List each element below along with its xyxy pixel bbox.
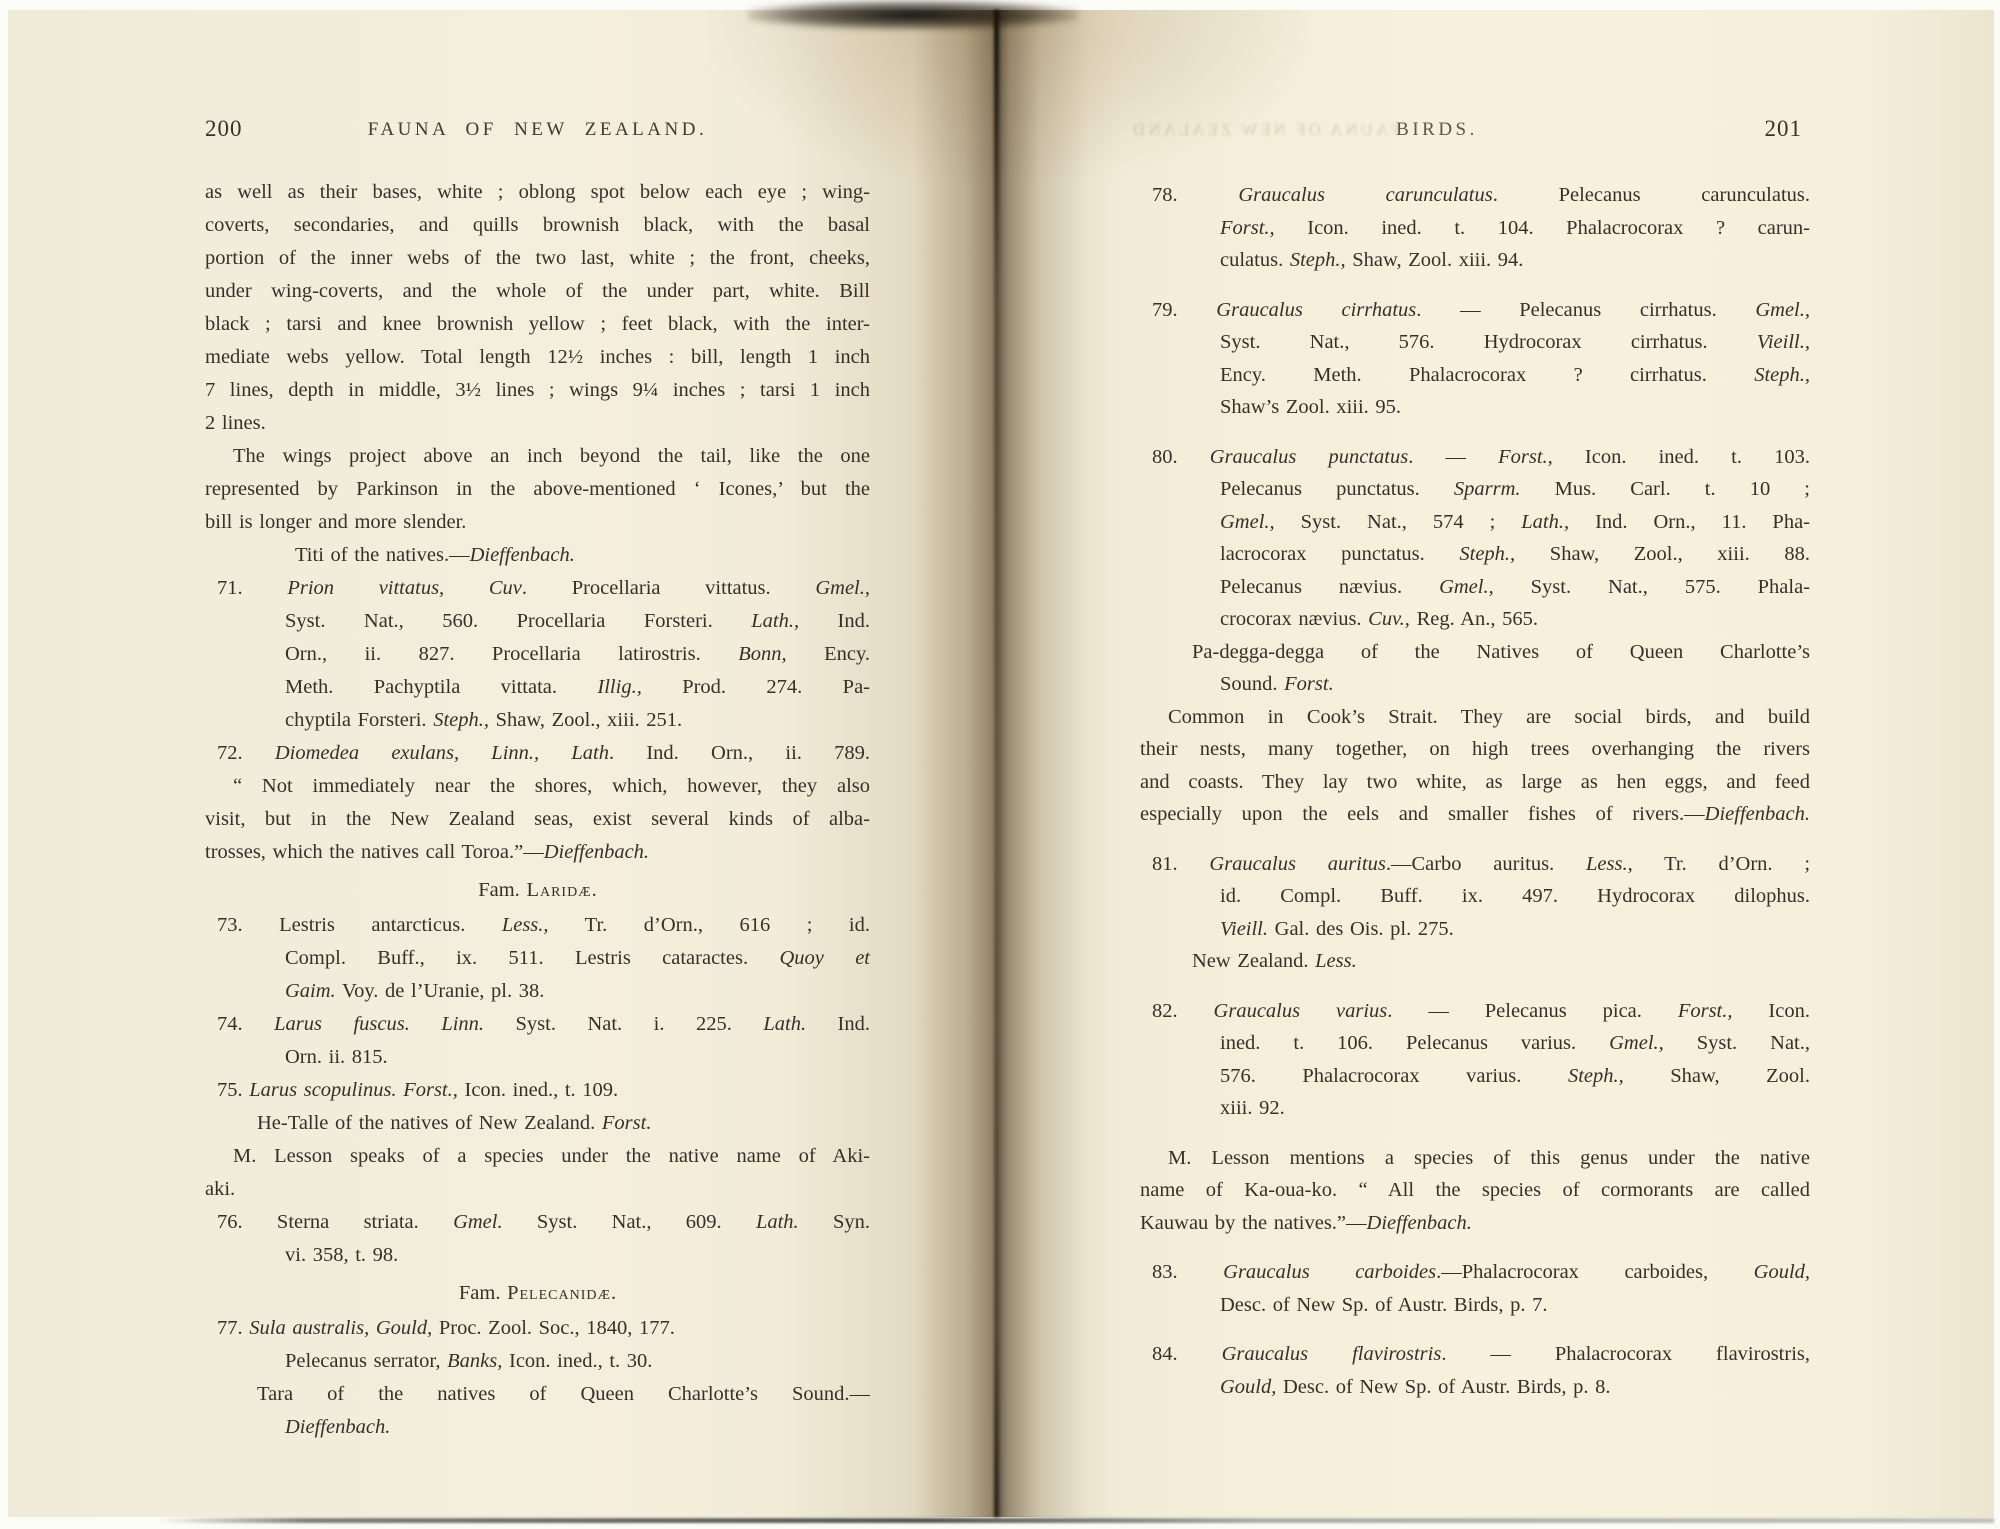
text-line: xiii. 92.	[1140, 1092, 1810, 1125]
text-line: Dieffenbach.	[205, 1411, 870, 1444]
right-page: FAUNA OF NEW ZEALAND BIRDS. 201 78. Grau…	[990, 10, 1994, 1517]
text-line: Orn. ii. 815.	[205, 1041, 870, 1074]
left-page: 200 FAUNA OF NEW ZEALAND. as well as the…	[8, 10, 990, 1517]
text-line: represented by Parkinson in the above-me…	[205, 473, 870, 506]
text-line: 576. Phalacrocorax varius. Steph., Shaw,…	[1140, 1060, 1810, 1093]
species-entry-78: 78. Graucalus carunculatus. Pelecanus ca…	[1140, 179, 1810, 277]
text-line: under wing-coverts, and the whole of the…	[205, 275, 870, 308]
text-line: Gaim. Voy. de l’Uranie, pl. 38.	[205, 975, 870, 1008]
text-line: Tara of the natives of Queen Charlotte’s…	[205, 1378, 870, 1411]
text-line: Fam. Laridæ.	[205, 874, 870, 907]
description-continuation-paragraph: as well as their bases, white ; oblong s…	[205, 176, 870, 440]
page-bottom-shadow	[158, 1518, 1994, 1523]
right-page-header: FAUNA OF NEW ZEALAND BIRDS. 201	[1140, 116, 1810, 156]
species-entry-84: 84. Graucalus flavirostris. — Phalacroco…	[1140, 1338, 1810, 1403]
text-line: 79. Graucalus cirrhatus. — Pelecanus cir…	[1140, 294, 1810, 327]
text-line: Orn., ii. 827. Procellaria latirostris. …	[205, 638, 870, 671]
text-line: chyptila Forsteri. Steph., Shaw, Zool., …	[205, 704, 870, 737]
text-line: 82. Graucalus varius. — Pelecanus pica. …	[1140, 995, 1810, 1028]
text-line: 72. Diomedea exulans, Linn., Lath. Ind. …	[205, 737, 870, 770]
text-line: Syst. Nat., 560. Procellaria Forsteri. L…	[205, 605, 870, 638]
text-line: 2 lines.	[205, 407, 870, 440]
text-line: Pa-degga-degga of the Natives of Queen C…	[1140, 636, 1810, 669]
text-line: their nests, many together, on high tree…	[1140, 733, 1810, 766]
wings-note-paragraph: The wings project above an inch beyond t…	[205, 440, 870, 539]
albatross-quote-paragraph: “ Not immediately near the shores, which…	[205, 770, 870, 869]
text-line: id. Compl. Buff. ix. 497. Hydrocorax dil…	[1140, 880, 1810, 913]
species-entry-76: 76. Sterna striata. Gmel. Syst. Nat., 60…	[205, 1206, 870, 1272]
text-line: mediate webs yellow. Total length 12½ in…	[205, 341, 870, 374]
text-line: 7 lines, depth in middle, 3½ lines ; win…	[205, 374, 870, 407]
text-line: Gould, Desc. of New Sp. of Austr. Birds,…	[1140, 1371, 1810, 1404]
text-line: Ency. Meth. Phalacrocorax ? cirrhatus. S…	[1140, 359, 1810, 392]
page-number-right: 201	[1765, 116, 1803, 142]
text-line: New Zealand. Less.	[1140, 945, 1810, 978]
text-line: Syst. Nat., 576. Hydrocorax cirrhatus. V…	[1140, 326, 1810, 359]
text-line: especially upon the eels and smaller fis…	[1140, 798, 1810, 831]
text-line: 74. Larus fuscus. Linn. Syst. Nat. i. 22…	[205, 1008, 870, 1041]
text-line: Common in Cook’s Strait. They are social…	[1140, 701, 1810, 734]
text-line: Desc. of New Sp. of Austr. Birds, p. 7.	[1140, 1289, 1810, 1322]
book-spread: 200 FAUNA OF NEW ZEALAND. as well as the…	[8, 10, 1994, 1517]
family-heading-laridae: Fam. Laridæ.	[205, 874, 870, 907]
native-name-titi: Titi of the natives.—Dieffenbach.	[205, 539, 870, 572]
text-line: M. Lesson speaks of a species under the …	[205, 1140, 870, 1173]
text-line: Vieill. Gal. des Ois. pl. 275.	[1140, 913, 1810, 946]
text-line: Sound. Forst.	[1140, 668, 1810, 701]
text-line: Pelecanus nævius. Gmel., Syst. Nat., 575…	[1140, 571, 1810, 604]
left-page-header: 200 FAUNA OF NEW ZEALAND.	[205, 116, 870, 156]
text-line: 78. Graucalus carunculatus. Pelecanus ca…	[1140, 179, 1810, 212]
text-line: Compl. Buff., ix. 511. Lestris cataracte…	[205, 942, 870, 975]
text-line: ined. t. 106. Pelecanus varius. Gmel., S…	[1140, 1027, 1810, 1060]
right-page-text: 78. Graucalus carunculatus. Pelecanus ca…	[1140, 179, 1810, 1403]
text-line: 80. Graucalus punctatus. — Forst., Icon.…	[1140, 441, 1810, 474]
text-line: 77. Sula australis, Gould, Proc. Zool. S…	[205, 1312, 870, 1345]
text-line: name of Ka-oua-ko. “ All the species of …	[1140, 1174, 1810, 1207]
species-entry-81: 81. Graucalus auritus.—Carbo auritus. Le…	[1140, 848, 1810, 978]
species-entry-77: 77. Sula australis, Gould, Proc. Zool. S…	[205, 1312, 870, 1444]
text-line: Gmel., Syst. Nat., 574 ; Lath., Ind. Orn…	[1140, 506, 1810, 539]
text-line: bill is longer and more slender.	[205, 506, 870, 539]
text-line: as well as their bases, white ; oblong s…	[205, 176, 870, 209]
species-entry-83: 83. Graucalus carboides.—Phalacrocorax c…	[1140, 1256, 1810, 1321]
species-entry-73: 73. Lestris antarcticus. Less., Tr. d’Or…	[205, 909, 870, 1008]
text-line: He-Talle of the natives of New Zealand. …	[205, 1107, 870, 1140]
text-line: Kauwau by the natives.”—Dieffenbach.	[1140, 1207, 1810, 1240]
lesson-note-akiaki: M. Lesson speaks of a species under the …	[205, 1140, 870, 1206]
text-line: Pelecanus punctatus. Sparrm. Mus. Carl. …	[1140, 473, 1810, 506]
text-line: culatus. Steph., Shaw, Zool. xiii. 94.	[1140, 244, 1810, 277]
text-line: Shaw’s Zool. xiii. 95.	[1140, 391, 1810, 424]
text-line: 75. Larus scopulinus. Forst., Icon. ined…	[205, 1074, 870, 1107]
text-line: trosses, which the natives call Toroa.”—…	[205, 836, 870, 869]
species-entry-82: 82. Graucalus varius. — Pelecanus pica. …	[1140, 995, 1810, 1125]
species-entry-80: 80. Graucalus punctatus. — Forst., Icon.…	[1140, 441, 1810, 701]
text-line: black ; tarsi and knee brownish yellow ;…	[205, 308, 870, 341]
text-line: 83. Graucalus carboides.—Phalacrocorax c…	[1140, 1256, 1810, 1289]
cormorant-habits-paragraph: Common in Cook’s Strait. They are social…	[1140, 701, 1810, 831]
text-line: “ Not immediately near the shores, which…	[205, 770, 870, 803]
family-heading-pelecanidae: Fam. Pelecanidæ.	[205, 1277, 870, 1310]
text-line: 81. Graucalus auritus.—Carbo auritus. Le…	[1140, 848, 1810, 881]
species-entry-75: 75. Larus scopulinus. Forst., Icon. ined…	[205, 1074, 870, 1140]
left-page-text: as well as their bases, white ; oblong s…	[205, 176, 870, 1444]
lesson-note-kauwau: M. Lesson mentions a species of this gen…	[1140, 1142, 1810, 1240]
running-header-left: FAUNA OF NEW ZEALAND.	[205, 116, 870, 141]
text-line: visit, but in the New Zealand seas, exis…	[205, 803, 870, 836]
species-entry-71: 71. Prion vittatus, Cuv. Procellaria vit…	[205, 572, 870, 737]
text-line: 84. Graucalus flavirostris. — Phalacroco…	[1140, 1338, 1810, 1371]
text-line: Pelecanus serrator, Banks, Icon. ined., …	[205, 1345, 870, 1378]
text-line: Meth. Pachyptila vittata. Illig., Prod. …	[205, 671, 870, 704]
species-entry-74: 74. Larus fuscus. Linn. Syst. Nat. i. 22…	[205, 1008, 870, 1074]
running-header-right: BIRDS.	[1102, 116, 1772, 141]
species-entry-79: 79. Graucalus cirrhatus. — Pelecanus cir…	[1140, 294, 1810, 424]
text-line: 76. Sterna striata. Gmel. Syst. Nat., 60…	[205, 1206, 870, 1239]
text-line: aki.	[205, 1173, 870, 1206]
text-line: M. Lesson mentions a species of this gen…	[1140, 1142, 1810, 1175]
text-line: coverts, secondaries, and quills brownis…	[205, 209, 870, 242]
text-line: vi. 358, t. 98.	[205, 1239, 870, 1272]
text-line: crocorax nævius. Cuv., Reg. An., 565.	[1140, 603, 1810, 636]
page-number-left: 200	[205, 116, 243, 142]
text-line: Fam. Pelecanidæ.	[205, 1277, 870, 1310]
text-line: lacrocorax punctatus. Steph., Shaw, Zool…	[1140, 538, 1810, 571]
text-line: The wings project above an inch beyond t…	[205, 440, 870, 473]
text-line: 73. Lestris antarcticus. Less., Tr. d’Or…	[205, 909, 870, 942]
text-line: portion of the inner webs of the two las…	[205, 242, 870, 275]
text-line: and coasts. They lay two white, as large…	[1140, 766, 1810, 799]
species-entry-72: 72. Diomedea exulans, Linn., Lath. Ind. …	[205, 737, 870, 770]
text-line: Titi of the natives.—Dieffenbach.	[205, 539, 870, 572]
text-line: Forst., Icon. ined. t. 104. Phalacrocora…	[1140, 212, 1810, 245]
text-line: 71. Prion vittatus, Cuv. Procellaria vit…	[205, 572, 870, 605]
